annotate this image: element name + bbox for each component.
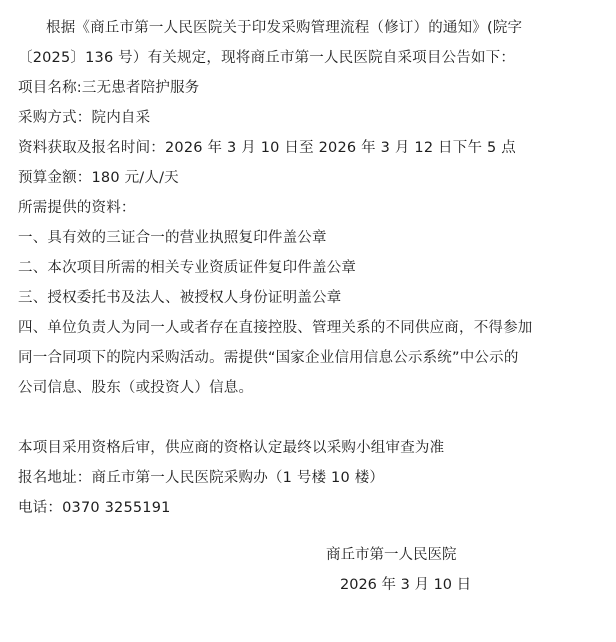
project-name: 项目名称:三无患者陪护服务: [18, 73, 578, 103]
required-doc-item: 一、具有效的三证合一的营业执照复印件盖公章: [18, 223, 578, 253]
signature-organization: 商丘市第一人民医院: [326, 545, 457, 565]
registration-time: 资料获取及报名时间：2026 年 3 月 10 日至 2026 年 3 月 12…: [18, 133, 578, 163]
budget-amount: 预算金额：180 元/人/天: [18, 163, 578, 193]
intro-line-1: 根据《商丘市第一人民医院关于印发采购管理流程（修订）的通知》(院字: [18, 13, 578, 43]
qualification-note: 本项目采用资格后审，供应商的资格认定最终以采购小组审查为准: [18, 433, 578, 463]
required-docs-heading: 所需提供的资料：: [18, 193, 578, 223]
required-doc-item: 二、本次项目所需的相关专业资质证件复印件盖公章: [18, 253, 578, 283]
signature-date: 2026 年 3 月 10 日: [340, 575, 471, 595]
procurement-notice: 根据《商丘市第一人民医院关于印发采购管理流程（修订）的通知》(院字 〔2025〕…: [18, 13, 578, 523]
required-doc-item: 三、授权委托书及法人、被授权人身份证明盖公章: [18, 283, 578, 313]
registration-address: 报名地址：商丘市第一人民医院采购办（1 号楼 10 楼）: [18, 463, 578, 493]
procurement-method: 采购方式：院内自采: [18, 103, 578, 133]
spacer: [18, 403, 578, 433]
required-doc-item-four-line-1: 四、单位负责人为同一人或者存在直接控股、管理关系的不同供应商，不得参加: [18, 313, 578, 343]
contact-phone: 电话：0370 3255191: [18, 493, 578, 523]
intro-line-2: 〔2025〕136 号）有关规定，现将商丘市第一人民医院自采项目公告如下：: [18, 43, 578, 73]
required-doc-item-four-line-2: 同一合同项下的院内采购活动。需提供“国家企业信用信息公示系统”中公示的: [18, 343, 578, 373]
required-doc-item-four-line-3: 公司信息、股东（或投资人）信息。: [18, 373, 578, 403]
